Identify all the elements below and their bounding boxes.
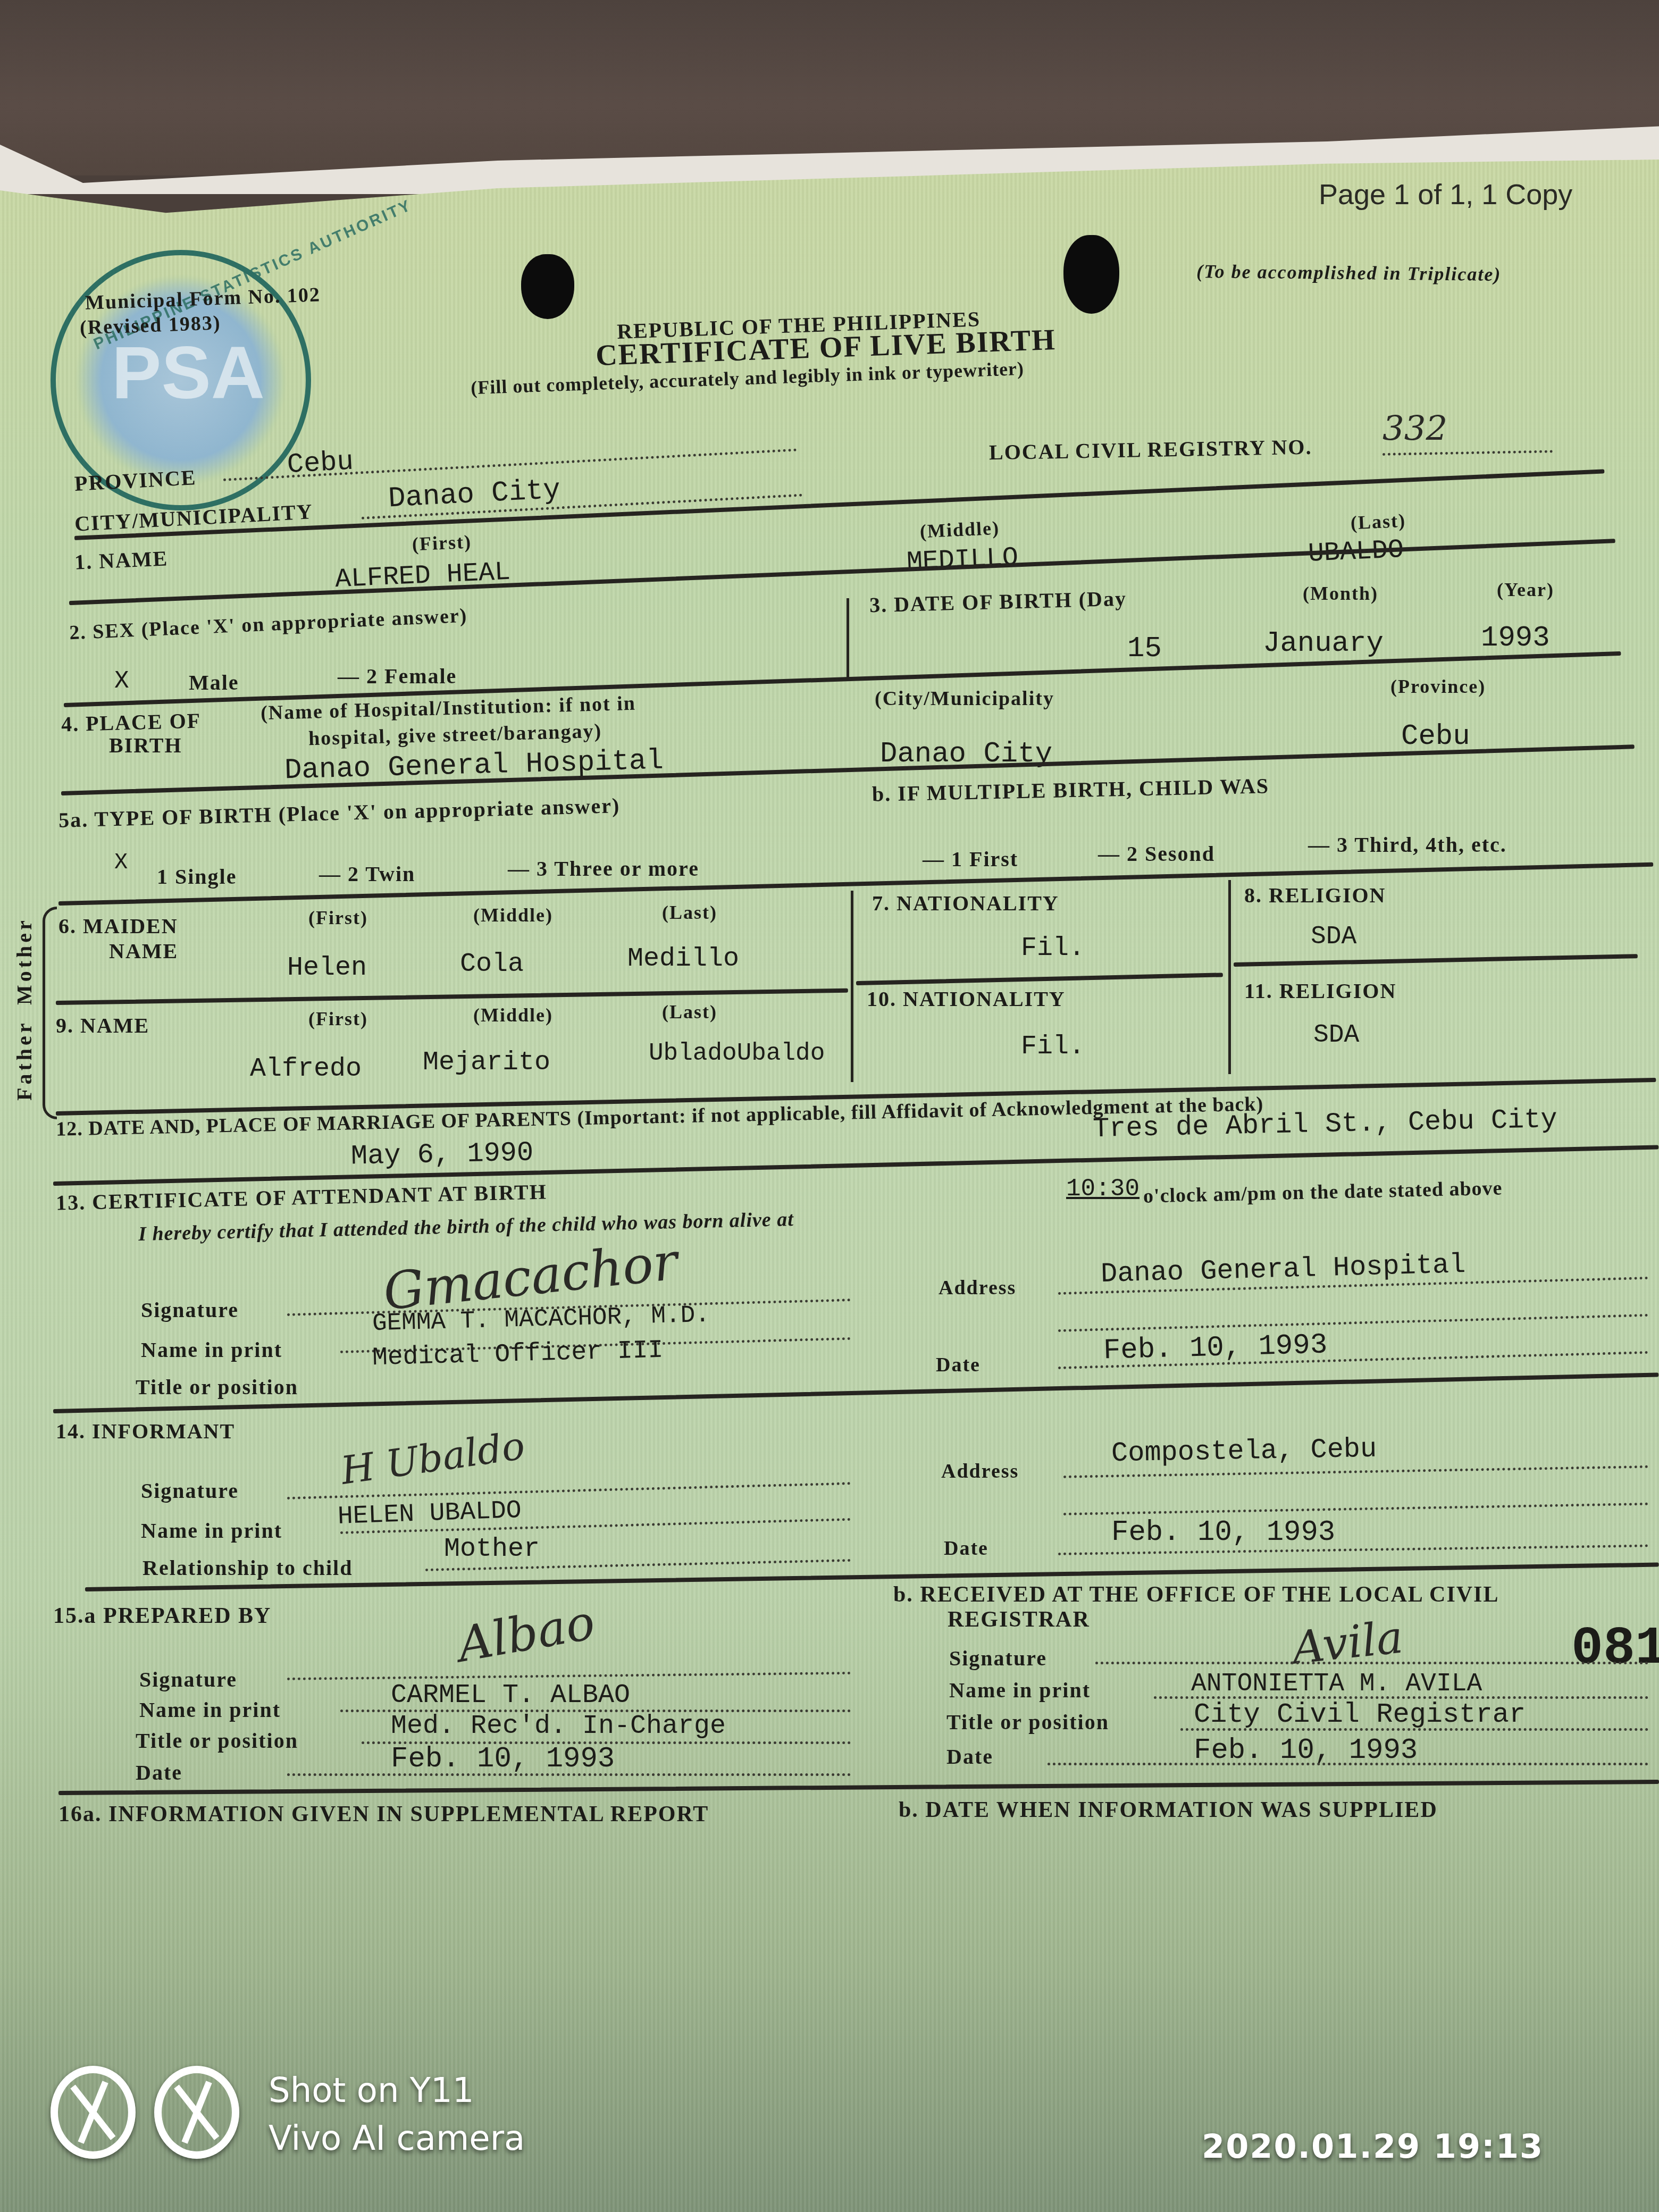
watermark-shot-on: Shot on Y11 [269,2071,474,2110]
informant-date: Feb. 10, 1993 [1111,1516,1335,1549]
received-title-line [1180,1728,1648,1731]
informant-date-label: Date [944,1537,988,1560]
birth-type-mark[interactable]: X [114,850,128,875]
accomplish-note: (To be accomplished in Triplicate) [1196,260,1502,286]
multiple-third: — 3 Third, 4th, etc. [1308,832,1507,857]
multiple-second: — 2 Sesond [1098,841,1215,866]
informant-address-label: Address [941,1460,1019,1483]
sex-male-mark[interactable]: X [114,667,129,695]
dob-year-label: (Year) [1497,579,1554,601]
attendant-date-label: Date [936,1353,981,1377]
mother-middle-label: (Middle) [473,904,553,926]
marriage-date: May 6, 1990 [350,1137,533,1172]
pob-province: Cebu [1401,720,1470,753]
received-date-label: Date [946,1744,993,1769]
informant-address: Compostela, Cebu [1111,1434,1377,1470]
received-signature-line [1095,1662,1648,1664]
parents-bracket [43,907,57,1119]
father-middle-label: (Middle) [473,1004,553,1026]
father-nationality: Fil. [1021,1032,1085,1062]
psa-seal-logo: PSA [112,330,265,416]
pob-city-label: (City/Municipality [875,687,1054,710]
father-name-label: 9. NAME [56,1013,149,1038]
father-first-name: Alfredo [250,1054,362,1084]
received-name-label: Name in print [949,1678,1091,1703]
birth-type-twin: — 2 Twin [319,861,415,886]
informant-relationship: Mother [444,1534,540,1564]
prepared-by-label: 15.a PREPARED BY [53,1603,271,1629]
mother-last-name: Medillo [627,944,739,974]
watermark-camera: Vivo AI camera [269,2119,525,2158]
birth-type-single: 1 Single [157,864,237,889]
informant-signature-label: Signature [141,1478,239,1503]
mother-last-label: (Last) [662,901,717,924]
page-info: Page 1 of 1, 1 Copy [1319,178,1572,211]
sex-female-option: — 2 Female [338,664,457,689]
father-religion: SDA [1313,1021,1359,1050]
pob-province-label: (Province) [1390,675,1486,698]
attendant-date: Feb. 10, 1993 [1103,1329,1328,1367]
dob-day: 15 [1127,633,1162,665]
attendant-signature-label: Signature [141,1297,239,1322]
father-last-name: UbladoUbaldo [649,1040,825,1067]
form-revised: (Revised 1983) [79,311,221,339]
column-divider [851,891,853,1082]
child-last-label: (Last) [1350,509,1406,534]
mother-middle-name: Cola [460,949,524,979]
received-date-line [1048,1763,1648,1765]
informant-relationship-label: Relationship to child [143,1555,353,1580]
supplemental-date-label: b. DATE WHEN INFORMATION WAS SUPPLIED [899,1797,1438,1823]
father-last-label: (Last) [662,1001,717,1023]
camera-shutter-icon [154,2066,239,2159]
sex-male-option: Male [189,670,239,695]
dob-year: 1993 [1481,622,1550,655]
prepared-by-date-label: Date [136,1760,182,1785]
mother-nationality: Fil. [1021,933,1085,963]
informant-label: 14. INFORMANT [56,1419,235,1444]
child-name-label: 1. NAME [74,546,169,575]
received-date: Feb. 10, 1993 [1194,1735,1418,1767]
received-label-line1: b. RECEIVED AT THE OFFICE OF THE LOCAL C… [893,1582,1499,1607]
attendant-time: 10:30 [1066,1175,1139,1203]
lcr-value: 332 [1382,409,1447,449]
father-first-label: (First) [308,1008,368,1030]
prepared-by-title: Med. Rec'd. In-Charge [391,1711,726,1741]
camera-shutter-icon [51,2066,136,2159]
mother-nationality-label: 7. NATIONALITY [872,891,1059,916]
mother-first-label: (First) [308,907,368,929]
mother-side-label: Mother [12,917,37,1005]
attendant-name-label: Name in print [141,1337,282,1362]
received-title-label: Title or position [946,1710,1109,1735]
dob-month: January [1263,627,1384,660]
father-middle-name: Mejarito [423,1048,550,1078]
column-divider [847,598,849,681]
dob-month-label: (Month) [1303,582,1378,605]
prepared-by-name: CARMEL T. ALBAO [391,1680,630,1711]
prepared-by-date-line [287,1773,851,1776]
received-label-line2: REGISTRAR [948,1607,1090,1632]
child-middle-name: MEDILLO [906,542,1019,577]
prepared-by-signature-label: Signature [139,1667,237,1692]
punch-hole-right [1063,235,1119,314]
prepared-by-name-label: Name in print [139,1697,281,1722]
mother-religion: SDA [1311,923,1356,951]
multiple-first: — 1 First [923,847,1018,872]
child-first-label: (First) [412,531,472,556]
received-stamp-number: 081 [1571,1619,1659,1679]
father-nationality-label: 10. NATIONALITY [867,986,1066,1011]
mother-name-label-line2: NAME [109,939,178,963]
father-religion-label: 11. RELIGION [1244,978,1396,1003]
mother-first-name: Helen [287,953,367,983]
attendant-address-label: Address [939,1276,1016,1300]
received-name: ANTONIETTA M. AVILA [1191,1670,1482,1698]
prepared-by-date: Feb. 10, 1993 [391,1743,615,1775]
mother-name-label-line1: 6. MAIDEN [58,914,178,939]
pob-label-line2: BIRTH [109,733,182,758]
prepared-by-title-label: Title or position [136,1728,298,1753]
column-divider [1228,880,1231,1074]
punch-hole-left [521,254,574,319]
mother-religion-label: 8. RELIGION [1244,883,1386,908]
watermark-timestamp: 2020.01.29 19:13 [1202,2127,1544,2166]
informant-name-label: Name in print [141,1518,282,1543]
attendant-title-label: Title or position [136,1375,298,1400]
received-signature-label: Signature [949,1646,1047,1671]
birth-type-three: — 3 Three or more [508,856,699,881]
child-middle-label: (Middle) [919,517,1000,543]
supplemental-label: 16a. INFORMATION GIVEN IN SUPPLEMENTAL R… [58,1802,709,1827]
received-title: City Civil Registrar [1194,1699,1526,1730]
father-side-label: Father [12,1020,37,1101]
